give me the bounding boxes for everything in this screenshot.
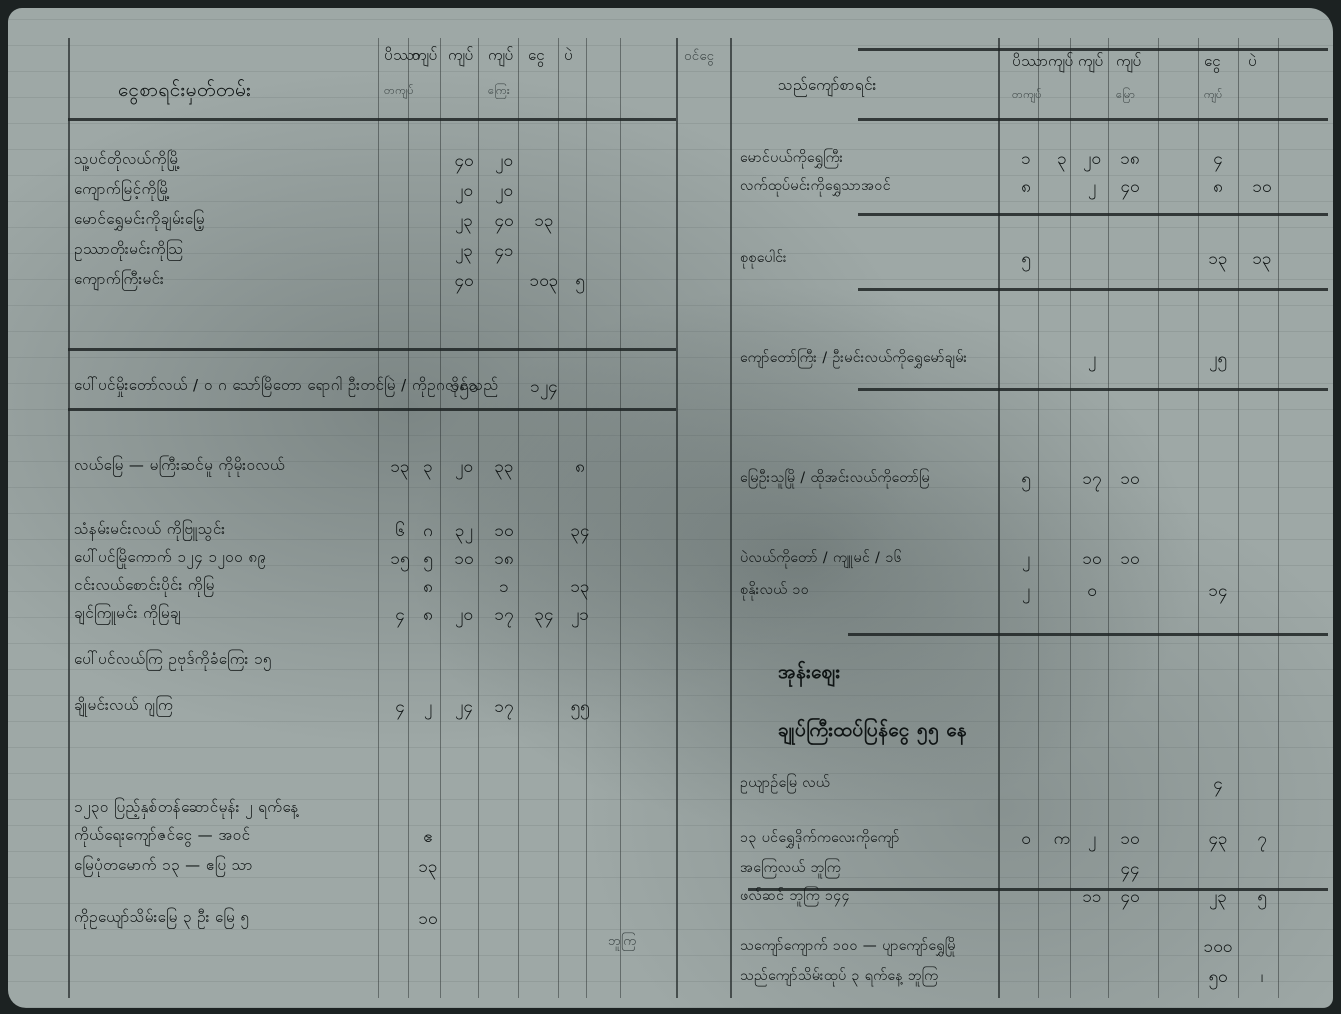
ledger-entry-label: သည်ကျော်သိမ်းထုပ် ၃ ရက်နေ့ ဘူကြ (740, 966, 938, 987)
ledger-entry-label: ပဲလယ်ကိုတော် / ကျူမင် / ၁၆ (740, 548, 902, 569)
ledger-entry-value: ၈ (1002, 176, 1050, 201)
ledger-entry-value: ၁၀ (404, 908, 452, 933)
ledger-entry-value: ၄၀ (1106, 176, 1154, 201)
column-subheader: တကျပ် (384, 84, 414, 100)
column-rule (620, 38, 621, 998)
margin-note: ဘူကြ (608, 933, 636, 952)
ledger-entry-label: ပေါ်ပင်မှိုးတော်လယ် / ဝ ဂ သော်မြိတော ရော… (74, 376, 498, 398)
ledger-entry-value: ၈ (1194, 176, 1242, 201)
left-margin-rule (68, 38, 70, 998)
ledger-entry-label: ကိုယ်ရေးကျော်ဇင်ငွေ — အဝင် (74, 826, 250, 848)
ledger-entry-value: ၂၃ (1194, 886, 1242, 911)
ledger-entry-value: ၀ (1068, 580, 1116, 605)
ledger-entry-value: ၁၀ (1106, 468, 1154, 493)
ledger-entry-label: လယ်မြေ — မကြီးဆင်မူ ကိုမိုးဝလယ် (74, 456, 285, 478)
ledger-entry-label: ဥယျာဉ်မြေ လယ် (740, 773, 830, 794)
ledger-entry-value: ၂၀ (480, 150, 528, 175)
ledger-entry-value: ၂ (1002, 548, 1050, 573)
ledger-entry-label: ကျောက်ကြီးမင်း (74, 270, 164, 292)
column-rule (558, 38, 559, 998)
ledger-entry-label: ချိုမင်းလယ် ဂျကြ (74, 696, 173, 718)
ledger-entry-label: ဖလ်ဆင် ဘူကြ ၁၄၄ (740, 886, 850, 907)
ledger-entry-value: ၈ (404, 576, 452, 601)
section-rule (858, 118, 1328, 121)
ledger-entry-value: ၄ (1194, 148, 1242, 173)
ledger-entry-value: ၃၄ (556, 520, 604, 545)
ledger-entry-label: ချုပ်ကြီးထပ်ပြန်ငွေ ၅၅ နေ (778, 718, 967, 746)
column-header: ကျပ် (412, 46, 438, 68)
column-subheader: တကျပ် (1012, 88, 1042, 104)
ledger-entry-value: ၁၃ (1194, 248, 1242, 273)
ledger-entry-value: ၅ (1002, 468, 1050, 493)
ledger-entry-value: ၅၀ (1194, 966, 1242, 991)
column-rule (378, 38, 379, 998)
ledger-entry-value: ၁၀ (1106, 828, 1154, 853)
column-header: ငွေ (528, 46, 545, 68)
ledger-entry-value: ၁၀၀ (1194, 936, 1242, 961)
ledger-entry-value: ၄၀ (440, 270, 488, 295)
column-rule (586, 38, 587, 998)
ledger-entry-value: ၅ (1002, 248, 1050, 273)
ledger-entry-value: ၄၁ (480, 240, 528, 265)
ledger-entry-label: သူ့ပင်တိုလယ်ကိုမြို့ (74, 150, 181, 172)
ledger-entry-value: ၂ (1002, 580, 1050, 605)
ledger-entry-label: မောင်ရွှေမင်းကိုချမ်းမြေ့ (74, 210, 205, 232)
ledger-entry-value: ၄၀ (1106, 886, 1154, 911)
ledger-entry-label: ငင်းလယ်စောင်းပိုင်း ကိုမြ (74, 576, 215, 598)
ledger-entry-value: ၁၃ (556, 576, 604, 601)
ledger-entry-label: ၁၂၃၀ ပြည့်နှစ်တန်ဆောင်မုန်း ၂ ရက်နေ့ (74, 798, 299, 820)
column-header: ငွေ (1204, 52, 1221, 74)
ledger-entry-value: ၂၀ (480, 180, 528, 205)
column-header: ကျပ် (1048, 52, 1074, 74)
ledger-entry-value: ၄၄ (1106, 858, 1154, 883)
right-amount-rule (998, 38, 1000, 998)
ledger-entry-value: ၅ (1238, 886, 1286, 911)
ledger-entry-value: ၁၇ (480, 696, 528, 721)
section-rule (858, 288, 1328, 291)
ledger-entry-label: စုစုပေါင်း (740, 248, 787, 269)
ledger-entry-label: အုန်းစျေး (778, 660, 840, 688)
ledger-entry-label: မောင်ပယ်ကိုရွှေကြီး (740, 148, 843, 169)
ledger-entry-value: ၈ (556, 456, 604, 481)
ledger-entry-label: ကျော်တော်ကြီး / ဦးမင်းလယ်ကိုရွှေမော်ချမ်… (740, 348, 967, 369)
column-header: ပိဿာ (1012, 52, 1048, 74)
ledger-entry-value: ၁၈ (480, 548, 528, 573)
column-subheader: ကျပ် (1204, 88, 1223, 104)
column-header: ကျပ် (1116, 52, 1142, 74)
ledger-entry-label: သကျော်ကျောက် ၁၀၀ — ပျာကျော်ရွှေမြို (740, 936, 956, 957)
margin-note: ဝင်ငွေ (684, 48, 714, 67)
ledger-entry-value: ၁၃ (1238, 248, 1286, 273)
center-divider (676, 38, 678, 998)
ledger-entry-value: ၁၈ (1106, 148, 1154, 173)
right-table-title: သည်ကျော်စာရင်း (778, 76, 877, 98)
ledger-entry-label: မြေပုံတမောက် ၁၃ — ဧပြ သာ (74, 856, 253, 878)
ledger-entry-label: မြေဦးသူမြို / ထိုအင်းလယ်ကိုတော်မြ (740, 468, 930, 489)
ledger-entry-label: လက်ထုပ်မင်းကိုရွှေသာအဝင် (740, 176, 891, 197)
section-rule (858, 388, 1328, 391)
ledger-entry-value: ၁၄ (1194, 580, 1242, 605)
ledger-entry-value: ၅၅ (556, 696, 604, 721)
section-rule (68, 118, 676, 121)
ledger-entry-label: သံနမ်းမင်းလယ် ကိုဗြူသွင်း (74, 520, 225, 542)
ledger-entry-value: ၁၃ (520, 210, 568, 235)
ledger-entry-value: ၄ (1194, 773, 1242, 798)
ledger-entry-label: အကြေလယ် ဘူကြ (740, 858, 841, 879)
ledger-entry-value: ၁၀ (1106, 548, 1154, 573)
ledger-entry-label: ပေါ်ပင်မြိုကောက် ၁၂၄ ၁၂၀၀ ၈၉ (74, 548, 266, 570)
section-rule (68, 408, 676, 411)
ledger-entry-label: စုနိုးလယ် ၁၀ (740, 580, 809, 601)
ledger-page: ငွေစာရင်းမှတ်တမ်းပိဿာကျပ်ကျပ်ကျပ်ငွေပဲတက… (8, 8, 1333, 1008)
ledger-entry-value: ၅ (556, 270, 604, 295)
ledger-entry-value: ၁၀ (1238, 176, 1286, 201)
column-rule (1158, 38, 1159, 998)
ledger-entry-value: ၁၃ (404, 856, 452, 881)
ledger-entry-label: ၁၃ ပင်ရွှေဒိုက်ကလေးကိုကျော် (740, 828, 900, 849)
column-rule (408, 38, 409, 998)
section-rule (858, 213, 1328, 216)
ledger-entry-value: ၂၅ (1194, 348, 1242, 373)
ledger-entry-value: ၁၅၀ (440, 376, 488, 401)
section-rule (848, 633, 1328, 636)
ledger-entry-label: ကျောက်မြင့်ကိုမြို့ (74, 180, 171, 202)
ledger-entry-label: ချင်ကြူမင်း ကိုမြချ (74, 604, 181, 626)
ledger-entry-label: ပေါ်ပင်လယ်ကြ ဥဗုဒ်ကိုခံကြေး ၁၅ (74, 650, 272, 672)
ledger-entry-value: ဧ (404, 826, 452, 851)
ledger-entry-label: ဥဿာတိုးမင်းကိုသြ (74, 240, 183, 262)
ledger-entry-value: ၇ (1238, 828, 1286, 853)
column-header: ကျပ် (1078, 52, 1104, 74)
section-rule (858, 48, 1328, 51)
column-subheader: မြော (1116, 88, 1135, 104)
ledger-entry-value: ၂၁ (556, 604, 604, 629)
column-header: ပဲ (564, 46, 573, 68)
section-rule (68, 348, 676, 351)
ledger-entry-value: ၃၃ (480, 456, 528, 481)
column-header: ပဲ (1248, 52, 1257, 74)
right-margin-rule (730, 38, 732, 998)
ledger-entry-value: ၄၃ (1194, 828, 1242, 853)
ledger-entry-label: ကိုဥယျော်သိမ်းမြေ ၃ ဦး မြေ ၅ (74, 908, 249, 930)
ledger-entry-value: ၊ (1238, 966, 1286, 991)
ledger-entry-value: ၁ (480, 576, 528, 601)
ledger-entry-value: ၁၂၄ (520, 376, 568, 401)
column-subheader: ကြေး (488, 84, 510, 100)
column-header: ကျပ် (448, 46, 474, 68)
ledger-entry-value: ၁၀ (480, 520, 528, 545)
column-header: ကျပ် (488, 46, 514, 68)
left-table-title: ငွေစာရင်းမှတ်တမ်း (118, 78, 251, 106)
ledger-entry-value: ၂ (1068, 348, 1116, 373)
